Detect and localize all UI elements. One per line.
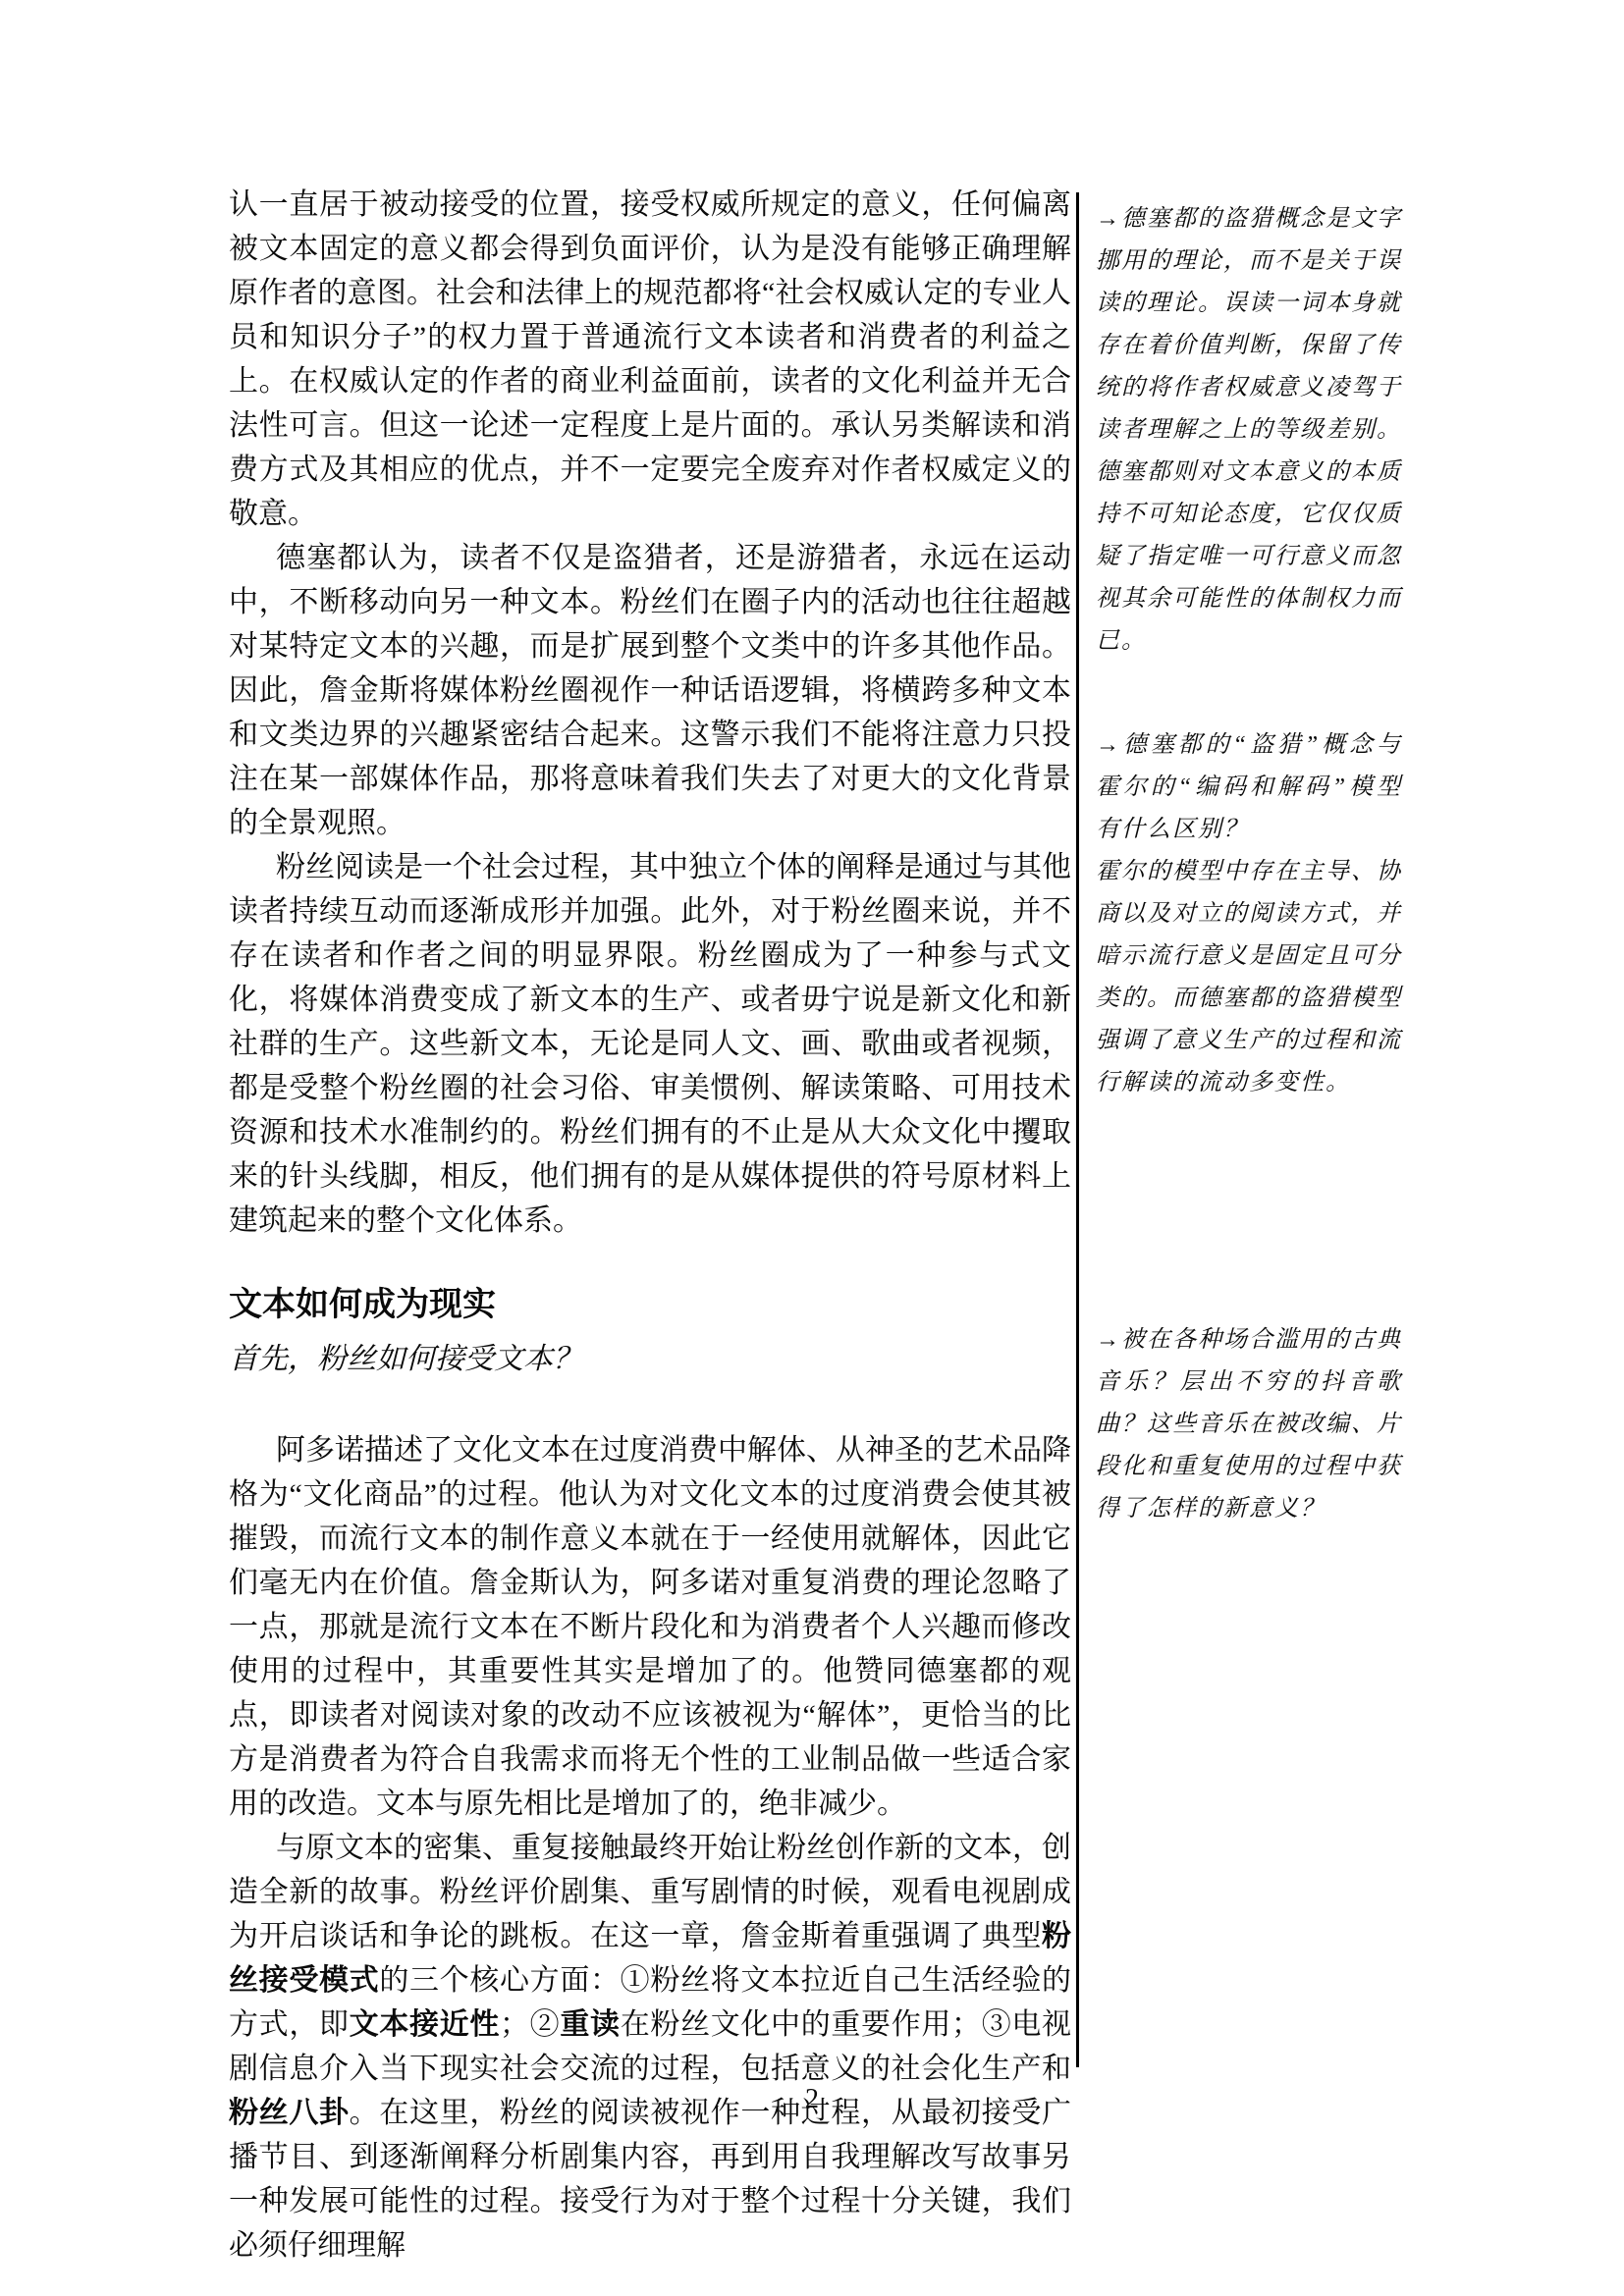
margin-note-poaching-vs-misreading: →德塞都的盗猎概念是文字挪用的理论，而不是关于误读的理论。误读一词本身就存在着价… (1096, 198, 1402, 663)
paragraph: 认一直居于被动接受的位置，接受权威所规定的意义，任何偏离被文本固定的意义都会得到… (229, 183, 1071, 536)
paragraph: 阿多诺描述了文化文本在过度消费中解体、从神圣的艺术品降格为“文化商品”的过程。他… (229, 1428, 1071, 1826)
paragraph: 与原文本的密集、重复接触最终开始让粉丝创作新的文本，创造全新的故事。粉丝评价剧集… (229, 1826, 1071, 2268)
document-page: 认一直居于被动接受的位置，接受权威所规定的意义，任何偏离被文本固定的意义都会得到… (0, 0, 1624, 2296)
note-paragraph: →德塞都的盗猎概念是文字挪用的理论，而不是关于误读的理论。误读一词本身就存在着价… (1096, 198, 1402, 663)
section-heading: 文本如何成为现实 (229, 1282, 1071, 1327)
bold-term: 文本接近性 (350, 2008, 500, 2041)
section-subheading: 首先，粉丝如何接受文本？ (229, 1337, 1071, 1381)
margin-divider-line (1076, 192, 1079, 2067)
main-text-column: 认一直居于被动接受的位置，接受权威所规定的意义，任何偏离被文本固定的意义都会得到… (229, 183, 1071, 2268)
note-paragraph: →德塞都的“盗猎”概念与霍尔的“编码和解码”模型有什么区别？ (1096, 724, 1402, 851)
margin-note-music-reuse-question: →被在各种场合滥用的古典音乐？层出不穷的抖音歌曲？这些音乐在被改编、片段化和重复… (1096, 1319, 1402, 1530)
margin-note-poaching-vs-hall-model: →德塞都的“盗猎”概念与霍尔的“编码和解码”模型有什么区别？霍尔的模型中存在主导… (1096, 724, 1402, 1104)
page-number: 2 (0, 2083, 1624, 2116)
note-paragraph: →被在各种场合滥用的古典音乐？层出不穷的抖音歌曲？这些音乐在被改编、片段化和重复… (1096, 1319, 1402, 1530)
bold-term: 重读 (560, 2008, 620, 2041)
paragraph: 德塞都认为，读者不仅是盗猎者，还是游猎者，永远在运动中，不断移动向另一种文本。粉… (229, 536, 1071, 845)
paragraph: 粉丝阅读是一个社会过程，其中独立个体的阐释是通过与其他读者持续互动而逐渐成形并加… (229, 845, 1071, 1243)
note-paragraph: 霍尔的模型中存在主导、协商以及对立的阅读方式，并暗示流行意义是固定且可分类的。而… (1096, 851, 1402, 1104)
